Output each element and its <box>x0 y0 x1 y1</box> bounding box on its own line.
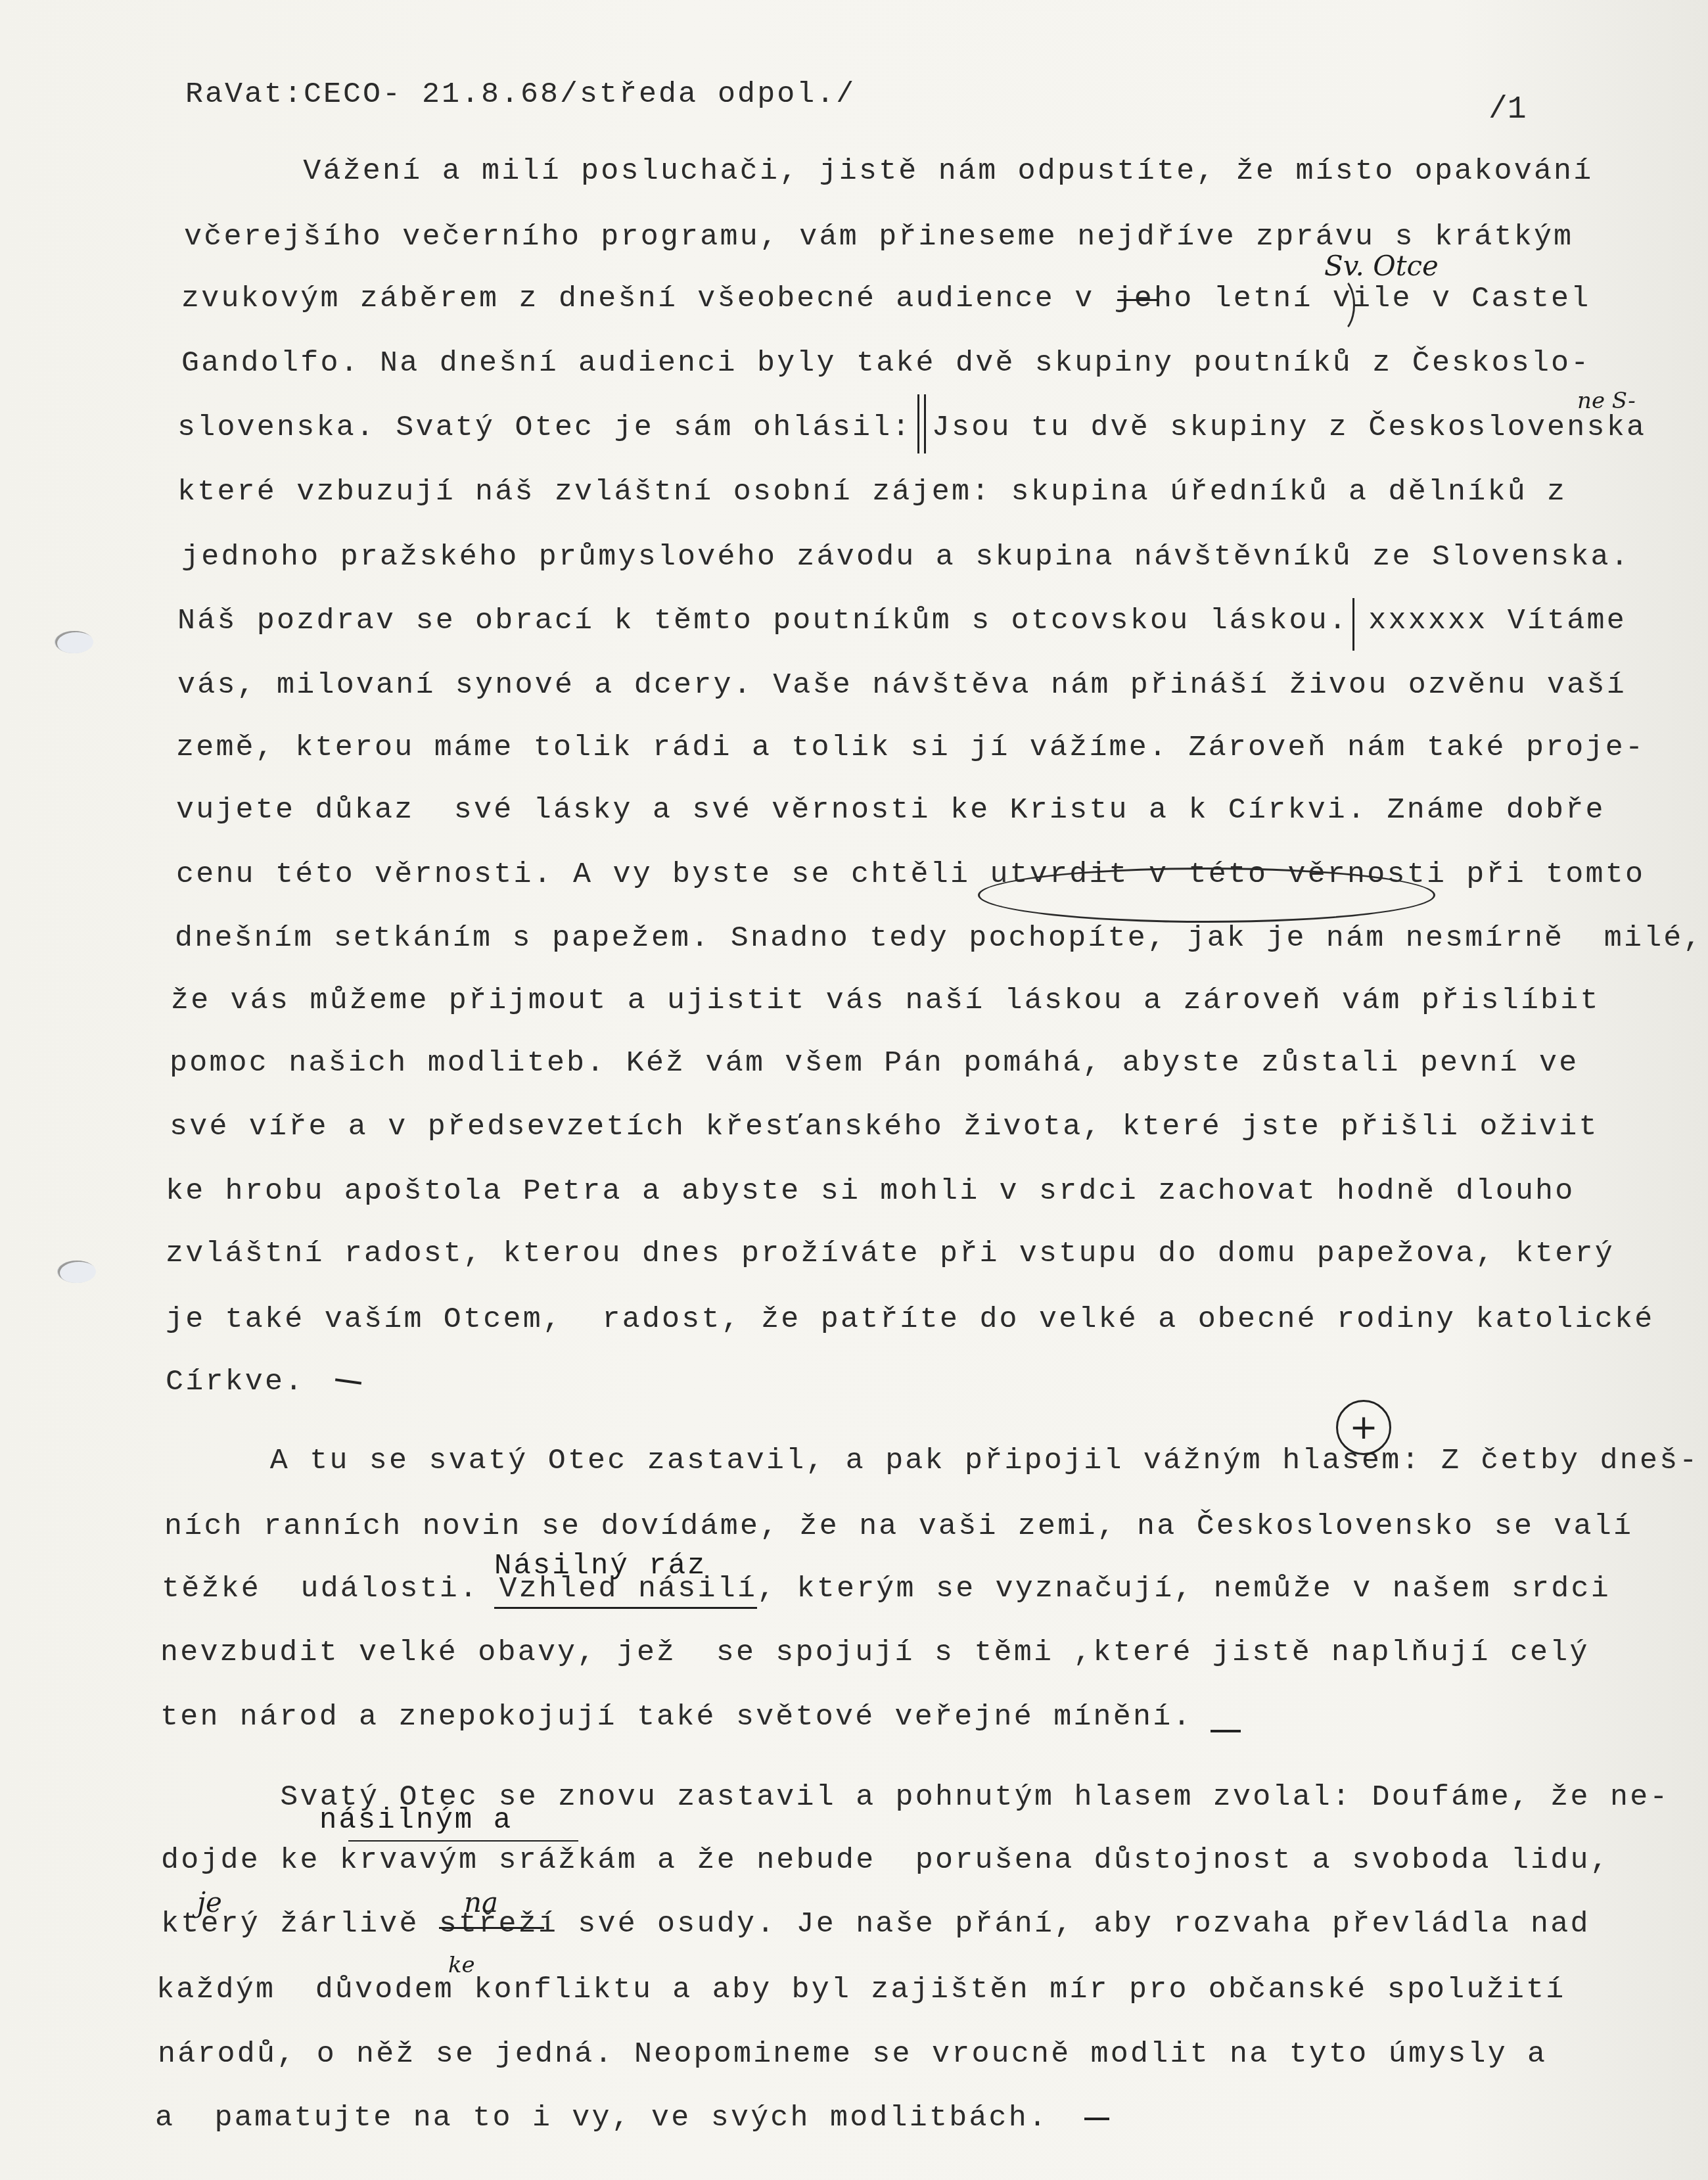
text-line: zvukovým záběrem z dnešní všeobecné audi… <box>181 284 1591 313</box>
text-line: dnešním setkáním s papežem. Snadno tedy … <box>175 923 1703 953</box>
page-number: /1 <box>1489 92 1527 128</box>
text-line: které vzbuzují náš zvláštní osobní zájem… <box>177 477 1567 507</box>
bracket-vile <box>1321 276 1355 334</box>
strikethrough-strezi <box>439 1927 544 1929</box>
annotation-na: na <box>464 1886 498 1918</box>
text-line: slovenska. Svatý Otec je sám ohlásil: Js… <box>177 413 1646 442</box>
insertion-mark <box>924 394 926 453</box>
end-dash <box>1084 2118 1109 2120</box>
text-line: Gandolfo. Na dnešní audienci byly také d… <box>181 348 1591 378</box>
annotation-ke: ke <box>448 1952 475 1978</box>
text-line: jednoho pražského průmyslového závodu a … <box>181 542 1630 572</box>
text-line: Náš pozdrav se obrací k těmto poutníkům … <box>177 606 1627 636</box>
text-line: země, kterou máme tolik rádi a tolik si … <box>176 733 1645 762</box>
strikethrough-vzhled-nasili <box>494 1607 757 1609</box>
text-line: který žárlivě střeží své osudy. Je naše … <box>161 1909 1590 1939</box>
text-line: ních ranních novin se dovídáme, že na va… <box>164 1512 1633 1541</box>
end-dash <box>335 1378 361 1385</box>
text-line: své víře a v předsevzetích křesťanského … <box>170 1112 1599 1142</box>
text-line: Církve. <box>166 1367 304 1397</box>
typewritten-page: RaVat:CECO- 21.8.68/středa odpol./ /1 Vá… <box>0 0 1708 2180</box>
text-line: vás, milovaní synové a dcery. Vaše návšt… <box>177 670 1627 700</box>
end-dash <box>1211 1730 1241 1732</box>
punch-hole <box>58 1261 96 1283</box>
text-line: že vás můžeme přijmout a ujistit vás naš… <box>171 986 1600 1015</box>
annotation-nasilnym-a: násilným a <box>319 1804 513 1837</box>
text-line: pomoc našich modliteb. Kéž vám všem Pán … <box>170 1048 1579 1078</box>
strikethrough-jeho <box>1117 299 1158 301</box>
text-line: vujete důkaz své lásky a své věrnosti ke… <box>176 795 1605 825</box>
circled-phrase-utvrdit <box>978 868 1435 923</box>
text-line: cenu této věrnosti. A vy byste se chtěli… <box>176 860 1645 889</box>
underline-nasilnym <box>348 1840 578 1842</box>
punch-hole <box>55 631 93 653</box>
insertion-mark <box>1352 598 1354 651</box>
annotation-nasilny-raz: Násilný ráz <box>494 1550 706 1583</box>
text-line: zvláštní radost, kterou dnes prožíváte p… <box>166 1239 1615 1268</box>
text-line: dojde ke krvavým srážkám a že nebude por… <box>161 1845 1610 1875</box>
plus-circle-mark: + <box>1336 1400 1391 1455</box>
text-line: ke hrobu apoštola Petra a abyste si mohl… <box>166 1176 1575 1206</box>
text-line: každým důvodem konfliktu a aby byl zajiš… <box>156 1975 1566 2005</box>
text-line: Vážení a milí posluchači, jistě nám odpu… <box>184 156 1594 186</box>
text-line: včerejšího večerního programu, vám přine… <box>184 222 1573 252</box>
document-header: RaVat:CECO- 21.8.68/středa odpol./ <box>185 78 856 111</box>
text-line: a pamatujte na to i vy, ve svých modlitb… <box>155 2103 1048 2133</box>
text-line: je také vaším Otcem, radost, že patříte … <box>166 1305 1654 1334</box>
text-line: těžké události. Vzhled násilí, kterým se… <box>162 1574 1611 1604</box>
annotation-je: je <box>197 1886 222 1918</box>
text-line: A tu se svatý Otec zastavil, a pak připo… <box>191 1446 1699 1475</box>
text-line: nevzbudit velké obavy, jež se spojují s … <box>160 1638 1590 1667</box>
text-line: národů, o něž se jedná. Neopomineme se v… <box>158 2039 1547 2069</box>
text-line: ten národ a znepokojují také světové veř… <box>160 1702 1193 1732</box>
annotation-ne-s: ne S- <box>1577 388 1636 414</box>
insertion-mark <box>917 394 919 453</box>
